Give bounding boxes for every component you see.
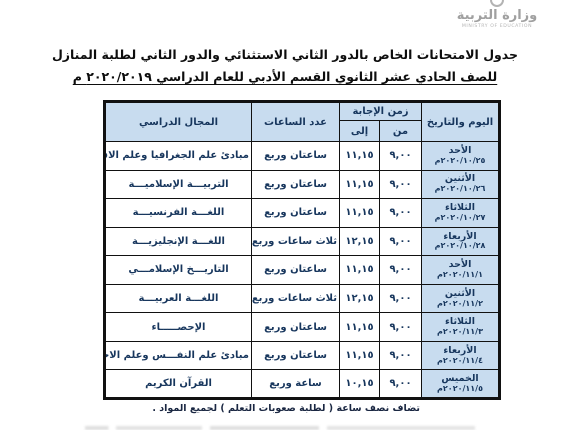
exam-date: ٢٠٢٠/١٠/٢٧م [424, 214, 496, 223]
exam-date: ٢٠٢٠/١١/١م [424, 271, 496, 280]
ministry-name-english: MINISTRY OF EDUCATION [442, 24, 552, 29]
day-date-cell: الأربعاء ٢٠٢٠/١٠/٢٨م [422, 227, 500, 256]
hours-count-cell: ساعتان وربع [252, 256, 340, 285]
day-date-cell: الأحد ٢٠٢٠/١١/١م [422, 256, 500, 285]
table-row: الثلاثاء ٢٠٢٠/١١/٣م ٩,٠٠ ١١,١٥ ساعتان ور… [105, 313, 500, 342]
hours-count-cell: ساعة وربع [252, 370, 340, 399]
table-row: الثلاثاء ٢٠٢٠/١٠/٢٧م ٩,٠٠ ١١,١٥ ساعتان و… [105, 199, 500, 228]
header-answer-time: زمن الإجابة [340, 102, 422, 121]
subject-cell: التربيـــة الإسلاميـــة [105, 170, 252, 199]
hours-count-cell: ساعتان وربع [252, 170, 340, 199]
time-to-cell: ١١,١٥ [340, 341, 380, 370]
title-line-1: جدول الامتحانات الخاص بالدور الثاني الاس… [30, 47, 540, 62]
table-row: الأثنين ٢٠٢٠/١١/٢م ٩,٠٠ ١٢,١٥ ثلاث ساعات… [105, 284, 500, 313]
day-name: الأثنين [424, 289, 496, 300]
day-date-cell: الأثنين ٢٠٢٠/١١/٢م [422, 284, 500, 313]
subject-cell: مبادئ علم الجغرافيا وعلم الاقتصاد [105, 142, 252, 171]
subject-cell: الإحصـــــاء [105, 313, 252, 342]
table-row: الأربعاء ٢٠٢٠/١١/٤م ٩,٠٠ ١١,١٥ ساعتان ور… [105, 341, 500, 370]
ministry-emblem-icon [490, 0, 504, 7]
document-page: وزارة التربية MINISTRY OF EDUCATION جدول… [0, 0, 570, 430]
footnote-learning-difficulties: تضاف نصف ساعة ( لطلبة صعوبات التعلم ) لج… [152, 403, 420, 414]
hours-count-cell: ثلاث ساعات وربع [252, 227, 340, 256]
time-from-cell: ٩,٠٠ [380, 341, 422, 370]
subject-cell: التاريـــخ الإسلامـــي [105, 256, 252, 285]
ministry-logo: وزارة التربية MINISTRY OF EDUCATION [442, 0, 552, 29]
time-to-cell: ١١,١٥ [340, 142, 380, 171]
table-row: الخميس ٢٠٢٠/١١/٥م ٩,٠٠ ١٠,١٥ ساعة وربع ا… [105, 370, 500, 399]
time-from-cell: ٩,٠٠ [380, 199, 422, 228]
table-row: الأحد ٢٠٢٠/١١/١م ٩,٠٠ ١١,١٥ ساعتان وربع … [105, 256, 500, 285]
hours-count-cell: ساعتان وربع [252, 341, 340, 370]
document-title: جدول الامتحانات الخاص بالدور الثاني الاس… [30, 47, 540, 84]
exam-date: ٢٠٢٠/١٠/٢٨م [424, 242, 496, 251]
header-time-from: من [380, 121, 422, 142]
time-from-cell: ٩,٠٠ [380, 170, 422, 199]
table-row: الأثنين ٢٠٢٠/١٠/٢٦م ٩,٠٠ ١١,١٥ ساعتان ور… [105, 170, 500, 199]
cutoff-text-hint [85, 426, 475, 430]
header-time-to: إلى [340, 121, 380, 142]
table-row: الأربعاء ٢٠٢٠/١٠/٢٨م ٩,٠٠ ١٢,١٥ ثلاث ساع… [105, 227, 500, 256]
subject-cell: مبادئ علم النفـــس وعلم الاجتماع [105, 341, 252, 370]
time-from-cell: ٩,٠٠ [380, 370, 422, 399]
subject-cell: اللغـــة العربيـــة [105, 284, 252, 313]
hours-count-cell: ساعتان وربع [252, 199, 340, 228]
table-body: الأحد ٢٠٢٠/١٠/٢٥م ٩,٠٠ ١١,١٥ ساعتان وربع… [105, 142, 500, 399]
day-date-cell: الخميس ٢٠٢٠/١١/٥م [422, 370, 500, 399]
hours-count-cell: ساعتان وربع [252, 313, 340, 342]
time-from-cell: ٩,٠٠ [380, 284, 422, 313]
day-date-cell: الأثنين ٢٠٢٠/١٠/٢٦م [422, 170, 500, 199]
time-from-cell: ٩,٠٠ [380, 313, 422, 342]
time-from-cell: ٩,٠٠ [380, 227, 422, 256]
subject-cell: اللغـــة الإنجليزيـــة [105, 227, 252, 256]
day-date-cell: الثلاثاء ٢٠٢٠/١١/٣م [422, 313, 500, 342]
exam-schedule-table: اليوم والتاريخ زمن الإجابة عدد الساعات ا… [103, 100, 501, 400]
hours-count-cell: ساعتان وربع [252, 142, 340, 171]
time-to-cell: ١٢,١٥ [340, 227, 380, 256]
exam-date: ٢٠٢٠/١١/٣م [424, 328, 496, 337]
title-line-2: للصف الحادي عشر الثانوي القسم الأدبي للع… [30, 69, 540, 84]
subject-cell: اللغـــة الفرنسيـــة [105, 199, 252, 228]
day-date-cell: الأربعاء ٢٠٢٠/١١/٤م [422, 341, 500, 370]
time-to-cell: ١١,١٥ [340, 313, 380, 342]
exam-date: ٢٠٢٠/١١/٤م [424, 357, 496, 366]
header-subject: المجال الدراسي [105, 102, 252, 142]
time-from-cell: ٩,٠٠ [380, 256, 422, 285]
day-date-cell: الأحد ٢٠٢٠/١٠/٢٥م [422, 142, 500, 171]
header-day-date: اليوم والتاريخ [422, 102, 500, 142]
subject-cell: القرآن الكريم [105, 370, 252, 399]
hours-count-cell: ثلاث ساعات وربع [252, 284, 340, 313]
time-to-cell: ١٢,١٥ [340, 284, 380, 313]
ministry-name-arabic: وزارة التربية [442, 8, 552, 23]
exam-date: ٢٠٢٠/١٠/٢٦م [424, 185, 496, 194]
time-to-cell: ١١,١٥ [340, 199, 380, 228]
exam-date: ٢٠٢٠/١١/٢م [424, 300, 496, 309]
time-to-cell: ١١,١٥ [340, 256, 380, 285]
time-to-cell: ١١,١٥ [340, 170, 380, 199]
time-to-cell: ١٠,١٥ [340, 370, 380, 399]
day-date-cell: الثلاثاء ٢٠٢٠/١٠/٢٧م [422, 199, 500, 228]
time-from-cell: ٩,٠٠ [380, 142, 422, 171]
exam-date: ٢٠٢٠/١٠/٢٥م [424, 157, 496, 166]
header-hours-count: عدد الساعات [252, 102, 340, 142]
exam-date: ٢٠٢٠/١١/٥م [424, 385, 496, 394]
table-row: الأحد ٢٠٢٠/١٠/٢٥م ٩,٠٠ ١١,١٥ ساعتان وربع… [105, 142, 500, 171]
